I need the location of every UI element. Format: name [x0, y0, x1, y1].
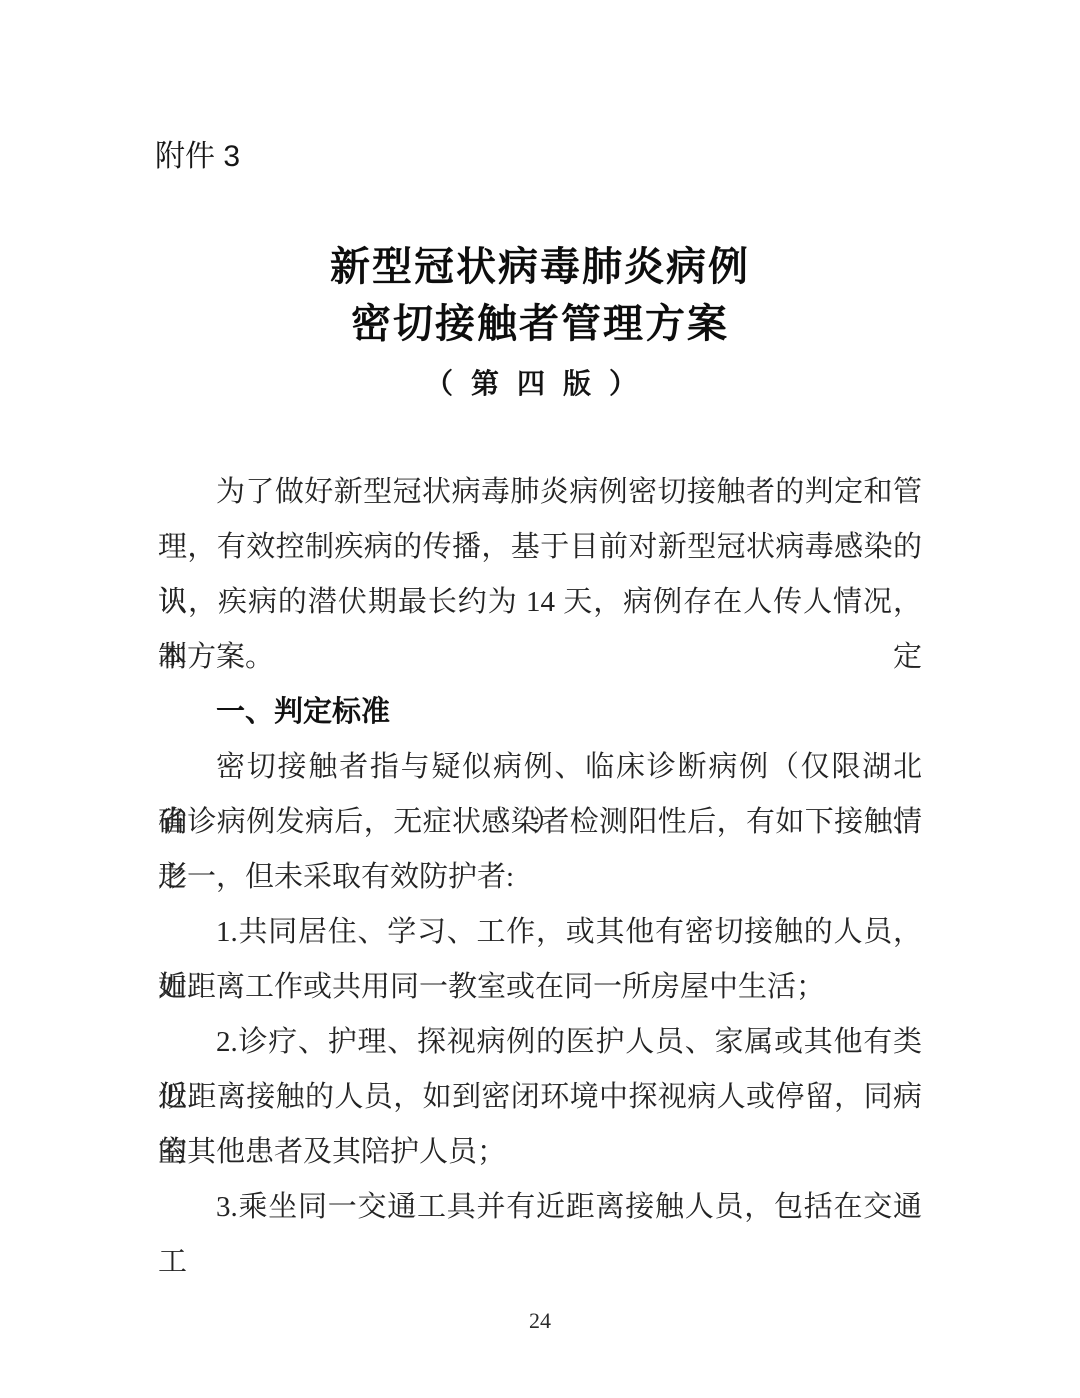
body-line: 为了做好新型冠状病毒肺炎病例密切接触者的判定和管: [158, 465, 922, 520]
attachment-label: 附件 3: [155, 140, 240, 174]
document-title-line-1: 新型冠状病毒肺炎病例: [0, 238, 1080, 295]
page-number: 24: [0, 1308, 1080, 1334]
document-title: 新型冠状病毒肺炎病例 密切接触者管理方案: [0, 238, 1080, 352]
body-line: 近距离接触的人员，如到密闭环境中探视病人或停留，同病室: [158, 1070, 922, 1125]
document-page: 附件 3 新型冠状病毒肺炎病例 密切接触者管理方案 （第四版） 为了做好新型冠状…: [0, 0, 1080, 1398]
body-line: 理，有效控制疾病的传播，基于目前对新型冠状病毒感染的认: [158, 520, 922, 575]
body-line: 密切接触者指与疑似病例、临床诊断病例（仅限湖北省）、: [158, 740, 922, 795]
body-line: 的其他患者及其陪护人员；: [158, 1125, 922, 1180]
document-body: 为了做好新型冠状病毒肺炎病例密切接触者的判定和管 理，有效控制疾病的传播，基于目…: [158, 465, 922, 1235]
document-subtitle: （第四版）: [0, 362, 1080, 402]
body-line: 识，疾病的潜伏期最长约为 14 天，病例存在人传人情况，制定: [158, 575, 922, 630]
section-heading: 一、判定标准: [158, 685, 922, 740]
body-line: 2.诊疗、护理、探视病例的医护人员、家属或其他有类似: [158, 1015, 922, 1070]
body-line: 3.乘坐同一交通工具并有近距离接触人员，包括在交通工: [158, 1180, 922, 1235]
body-line: 1.共同居住、学习、工作，或其他有密切接触的人员，如: [158, 905, 922, 960]
body-line: 之一，但未采取有效防护者:: [158, 850, 922, 905]
document-title-line-2: 密切接触者管理方案: [0, 295, 1080, 352]
body-line: 近距离工作或共用同一教室或在同一所房屋中生活；: [158, 960, 922, 1015]
body-line: 确诊病例发病后，无症状感染者检测阳性后，有如下接触情形: [158, 795, 922, 850]
